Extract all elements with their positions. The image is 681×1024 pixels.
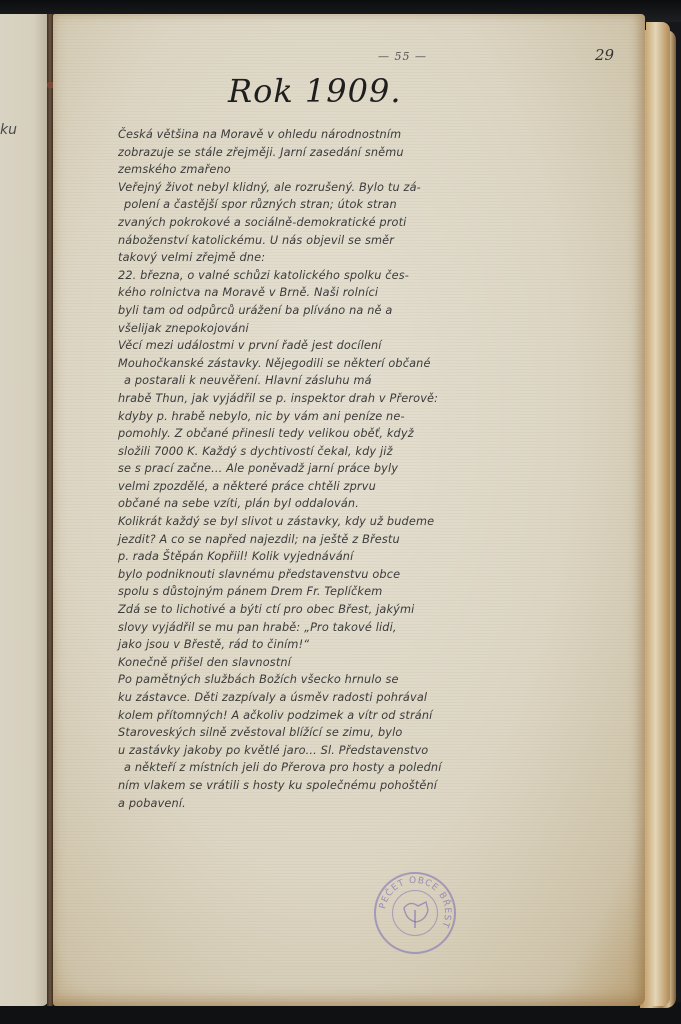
text-line: Věcí mezi událostmi v první řadě jest do…	[118, 337, 638, 355]
text-line: Po pamětných službách Božích všecko hrnu…	[118, 671, 638, 689]
text-line: bylo podniknouti slavnému představenstvu…	[118, 566, 638, 584]
municipal-seal-stamp: PEČET OBCE BŘEST	[374, 872, 456, 954]
text-line: zobrazuje se stále zřejměji. Jarní zased…	[118, 144, 638, 162]
text-line: velmi zpozdělé, a některé práce chtěli z…	[118, 478, 638, 496]
text-line: se s prací začne... Ale poněvadž jarní p…	[118, 460, 638, 478]
text-line: Mouhočkanské zástavky. Nějegodili se něk…	[118, 355, 638, 373]
left-page-text-fragment: ku	[0, 122, 17, 138]
text-line: Zdá se to lichotivé a býti ctí pro obec …	[118, 601, 638, 619]
text-line: ním vlakem se vrátili s hosty ku společn…	[118, 777, 638, 795]
text-line: zemského zmařeno	[118, 161, 638, 179]
handwritten-body: Česká většina na Moravě v ohledu národno…	[118, 126, 638, 812]
left-page: ku	[0, 14, 48, 1006]
text-line: 22. března, o valné schůzi katolického s…	[118, 267, 638, 285]
text-line: byli tam od odpůrců urážení ba plíváno n…	[118, 302, 638, 320]
text-line: složili 7000 K. Každý s dychtivostí čeka…	[118, 443, 638, 461]
text-line: Veřejný život nebyl klidný, ale rozrušen…	[118, 179, 638, 197]
text-line: a někteří z místních jeli do Přerova pro…	[118, 759, 638, 777]
text-line: kdyby p. hrabě nebylo, nic by vám ani pe…	[118, 408, 638, 426]
page-title: Rok 1909.	[228, 72, 402, 110]
text-line: polení a častější spor různých stran; út…	[118, 196, 638, 214]
text-line: ku zástavce. Děti zazpívaly a úsměv rado…	[118, 689, 638, 707]
text-line: kolem přítomných! A ačkoliv podzimek a v…	[118, 707, 638, 725]
text-line: všelijak znepokojováni	[118, 320, 638, 338]
text-line: Česká většina na Moravě v ohledu národno…	[118, 126, 638, 144]
text-line: Kolikrát každý se byl slivot u zástavky,…	[118, 513, 638, 531]
text-line: a postarali k neuvěření. Hlavní zásluhu …	[118, 372, 638, 390]
stamp-inner-ring	[392, 890, 438, 936]
page-number-center: — 55 —	[378, 50, 427, 63]
text-line: Staroveských silně zvěstoval blížící se …	[118, 724, 638, 742]
text-line: náboženství katolickému. U nás objevil s…	[118, 232, 638, 250]
text-line: jako jsou v Břestě, rád to činím!“	[118, 636, 638, 654]
text-line: u zastávky jakoby po květlé jaro... Sl. …	[118, 742, 638, 760]
text-line: hrabě Thun, jak vyjádřil se p. inspektor…	[118, 390, 638, 408]
text-line: zvaných pokrokové a sociálně-demokratick…	[118, 214, 638, 232]
text-line: Konečně přišel den slavnostní	[118, 654, 638, 672]
page-number-right: 29	[595, 46, 614, 64]
text-line: jezdit? A co se napřed najezdil; na ješt…	[118, 531, 638, 549]
text-line: kého rolnictva na Moravě v Brně. Naši ro…	[118, 284, 638, 302]
text-line: pomohly. Z občané přinesli tedy velikou …	[118, 425, 638, 443]
text-line: slovy vyjádřil se mu pan hrabě: „Pro tak…	[118, 619, 638, 637]
text-line: takový velmi zřejmě dne:	[118, 249, 638, 267]
page-stack-edge-inner	[646, 22, 670, 1006]
text-line: a pobavení.	[118, 795, 638, 813]
text-line: občané na sebe vzíti, plán byl oddalován…	[118, 495, 638, 513]
text-line: spolu s důstojným pánem Drem Fr. Teplíčk…	[118, 583, 638, 601]
text-line: p. rada Štěpán Kopřiil! Kolik vyjednáván…	[118, 548, 638, 566]
